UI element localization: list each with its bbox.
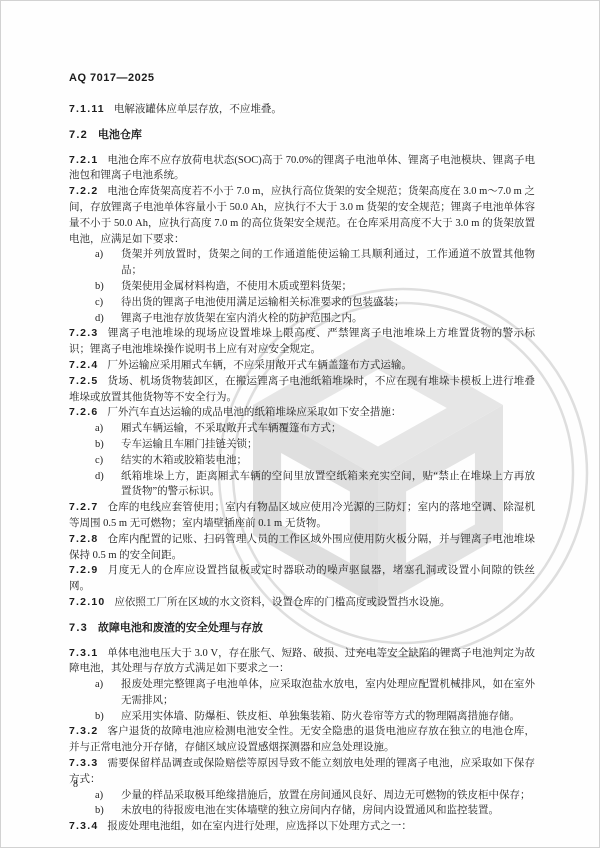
list-item-7.3.3-b: b)未放电的待报废电池在实体墙壁的独立房间内存储，房间内设置通风和监控装置。 (69, 803, 535, 819)
clause-number: 7.2.2 (69, 185, 107, 197)
list-item-7.2.2-d: d)锂离子电池存放货架在室内消火栓的防护范围之内。 (69, 311, 535, 327)
clause-7.2.5: 7.2.5货场、机场货物装卸区，在搬运锂离子电池纸箱堆垛时，不应在现有堆垛卡模板… (69, 374, 535, 406)
clause-7.3.1: 7.3.1单体电池电压大于 3.0 V，存在胀气、短路、破损、过充电等安全缺陷的… (69, 646, 535, 725)
clause-text: 仓库的电线应套管使用；室内有物品区域应使用冷光源的三防灯；室内的落地空调、除湿机… (69, 502, 535, 529)
list-item-text: 货架使用金属材料构造，不使用木质或塑料货架； (121, 279, 535, 295)
clause-text: 需要保留样品调查或保险赔偿等原因导致不能立刻放电处理的锂离子电池，应采取如下保存… (69, 758, 535, 785)
clause-number: 7.2.4 (69, 359, 107, 371)
list-item-7.2.6-a: a)厢式车辆运输，不采取敞开式车辆覆篷布方式； (69, 421, 535, 437)
list-item-label: a) (95, 788, 121, 804)
clause-paragraph: 7.3.2客户退货的故障电池应检测电池安全性。无安全隐患的退货电池应存放在独立的… (69, 724, 535, 756)
clause-text: 电池仓库不应存放荷电状态(SOC)高于 70.0%的锂离子电池单体、锂离子电池模… (69, 155, 535, 182)
clause-number: 7.2.3 (69, 327, 107, 339)
clause-text: 仓库内配置的记账、扫码管理人员的工作区域外围应使用防火板分隔，并与锂离子电池堆垛… (69, 534, 535, 561)
clause-7.1.11: 7.1.11电解液罐体应单层存放，不应堆叠。 (69, 102, 535, 118)
list-item-label: d) (95, 311, 121, 327)
list-item-7.2.6-b: b)专车运输且车厢门挂链关锁； (69, 437, 535, 453)
clause-text: 厂外运输应采用厢式车辆，不应采用敞开式车辆盖篷布方式运输。 (107, 360, 412, 371)
clause-7.3.3: 7.3.3需要保留样品调查或保险赔偿等原因导致不能立刻放电处理的锂离子电池，应采… (69, 756, 535, 819)
clause-paragraph: 7.2.1电池仓库不应存放荷电状态(SOC)高于 70.0%的锂离子电池单体、锂… (69, 153, 535, 185)
list-item-7.3.3-a: a)少量的样品采取极耳绝缘措施后，放置在房间通风良好、周边无可燃物的铁皮柜中保存… (69, 788, 535, 804)
clause-7.2.7: 7.2.7仓库的电线应套管使用；室内有物品区域应使用冷光源的三防灯；室内的落地空… (69, 500, 535, 532)
list-item-text: 少量的样品采取极耳绝缘措施后，放置在房间通风良好、周边无可燃物的铁皮柜中保存； (121, 788, 535, 804)
clause-7.2.4: 7.2.4厂外运输应采用厢式车辆，不应采用敞开式车辆盖篷布方式运输。 (69, 358, 535, 374)
list-item-text: 应采用实体墙、防爆柜、铁皮柜、单独集装箱、防火卷帘等方式的物理隔离措施存储。 (121, 709, 535, 725)
clause-paragraph: 7.2.7仓库的电线应套管使用；室内有物品区域应使用冷光源的三防灯；室内的落地空… (69, 500, 535, 532)
list-item-text: 纸箱堆垛上方，距离厢式车辆的空间里放置空纸箱来充实空间，贴“禁止在堆垛上方再放置… (121, 469, 535, 501)
clause-number: 7.2.8 (69, 533, 107, 545)
list-item-text: 锂离子电池存放货架在室内消火栓的防护范围之内。 (121, 311, 535, 327)
document-content: 7.1.11电解液罐体应单层存放，不应堆叠。7.2电池仓库7.2.1电池仓库不应… (69, 102, 535, 835)
list-item-label: a) (95, 247, 121, 279)
clause-paragraph: 7.3.3需要保留样品调查或保险赔偿等原因导致不能立刻放电处理的锂离子电池，应采… (69, 756, 535, 788)
clause-text: 月度无人的仓库应设置挡鼠板或定时器联动的噪声驱鼠器，堵塞孔洞或设置小间隙的铁丝网… (69, 565, 535, 592)
list-item-7.2.2-c: c)待出货的锂离子电池使用满足运输相关标准要求的包装盛装； (69, 295, 535, 311)
clause-paragraph: 7.2.2电池仓库货架高度若不小于 7.0 m，应执行高位货架的安全规范；货架高… (69, 184, 535, 247)
clause-7.2.2: 7.2.2电池仓库货架高度若不小于 7.0 m，应执行高位货架的安全规范；货架高… (69, 184, 535, 326)
clause-number: 7.3.2 (69, 725, 107, 737)
clause-number: 7.2.10 (69, 596, 114, 608)
clause-7.2.1: 7.2.1电池仓库不应存放荷电状态(SOC)高于 70.0%的锂离子电池单体、锂… (69, 153, 535, 185)
list-item-text: 未放电的待报废电池在实体墙壁的独立房间内存储，房间内设置通风和监控装置。 (121, 803, 535, 819)
heading-title: 故障电池和废渣的安全处理与存放 (98, 622, 263, 634)
clause-text: 电解液罐体应单层存放，不应堆叠。 (114, 104, 282, 115)
heading-number: 7.3 (69, 622, 98, 634)
clause-paragraph: 7.2.8仓库内配置的记账、扫码管理人员的工作区域外围应使用防火板分隔，并与锂离… (69, 532, 535, 564)
clause-number: 7.2.5 (69, 375, 107, 387)
clause-7.2.10: 7.2.10应依照工厂所在区域的水文资料，设置仓库的门槛高度或设置挡水设施。 (69, 595, 535, 611)
clause-paragraph: 7.2.3锂离子电池堆垛的现场应设置堆垛上限高度、严禁锂离子电池堆垛上方堆置货物… (69, 326, 535, 358)
clause-paragraph: 7.1.11电解液罐体应单层存放，不应堆叠。 (69, 102, 535, 118)
clause-7.2.6: 7.2.6厂外汽车直达运输的成品电池的纸箱堆垛应采取如下安全措施：a)厢式车辆运… (69, 405, 535, 500)
list-item-label: b) (95, 279, 121, 295)
list-item-7.2.6-d: d)纸箱堆垛上方，距离厢式车辆的空间里放置空纸箱来充实空间，贴“禁止在堆垛上方再… (69, 469, 535, 501)
standard-number: AQ 7017—2025 (69, 72, 155, 84)
clause-paragraph: 7.2.9月度无人的仓库应设置挡鼠板或定时器联动的噪声驱鼠器，堵塞孔洞或设置小间… (69, 563, 535, 595)
clause-number: 7.3.3 (69, 757, 107, 769)
clause-text: 厂外汽车直达运输的成品电池的纸箱堆垛应采取如下安全措施： (107, 407, 401, 418)
clause-7.3.2: 7.3.2客户退货的故障电池应检测电池安全性。无安全隐患的退货电池应存放在独立的… (69, 724, 535, 756)
list-item-label: b) (95, 709, 121, 725)
list-item-text: 厢式车辆运输，不采取敞开式车辆覆篷布方式； (121, 421, 535, 437)
clause-paragraph: 7.2.4厂外运输应采用厢式车辆，不应采用敞开式车辆盖篷布方式运输。 (69, 358, 535, 374)
list-item-text: 货架并列放置时，货架之间的工作通道能使运输工具顺利通过，工作通道不放置其他物品； (121, 247, 535, 279)
list-item-label: a) (95, 677, 121, 709)
list-item-text: 待出货的锂离子电池使用满足运输相关标准要求的包装盛装； (121, 295, 535, 311)
list-item-7.3.1-a: a)报废处理完整锂离子电池单体，应采取泡盐水放电，室内处理应配置机械排风，如在室… (69, 677, 535, 709)
list-item-text: 报废处理完整锂离子电池单体，应采取泡盐水放电，室内处理应配置机械排风，如在室外无… (121, 677, 535, 709)
heading-title: 电池仓库 (98, 129, 142, 141)
section-heading-7.2: 7.2电池仓库 (69, 128, 535, 144)
list-item-label: c) (95, 295, 121, 311)
list-item-label: c) (95, 453, 121, 469)
clause-paragraph: 7.3.1单体电池电压大于 3.0 V，存在胀气、短路、破损、过充电等安全缺陷的… (69, 646, 535, 678)
clause-paragraph: 7.2.5货场、机场货物装卸区，在搬运锂离子电池纸箱堆垛时，不应在现有堆垛卡模板… (69, 374, 535, 406)
clause-text: 货场、机场货物装卸区，在搬运锂离子电池纸箱堆垛时，不应在现有堆垛卡模板上进行堆叠… (69, 376, 535, 403)
clause-number: 7.2.6 (69, 406, 107, 418)
list-item-7.2.2-a: a)货架并列放置时，货架之间的工作通道能使运输工具顺利通过，工作通道不放置其他物… (69, 247, 535, 279)
clause-text: 应依照工厂所在区域的水文资料，设置仓库的门槛高度或设置挡水设施。 (114, 597, 450, 608)
document-page: AQ 7017—2025 7.1.11电解液罐体应单层存放，不应堆叠。7.2电池… (0, 0, 600, 848)
clause-paragraph: 7.3.4报废处理电池组，如在室内进行处理，应选择以下处理方式之一： (69, 819, 535, 835)
list-item-text: 专车运输且车厢门挂链关锁； (121, 437, 535, 453)
clause-text: 报废处理电池组，如在室内进行处理，应选择以下处理方式之一： (107, 821, 412, 832)
clause-7.3.4: 7.3.4报废处理电池组，如在室内进行处理，应选择以下处理方式之一： (69, 819, 535, 835)
list-item-label: a) (95, 421, 121, 437)
clause-number: 7.3.1 (69, 647, 107, 659)
clause-paragraph: 7.2.6厂外汽车直达运输的成品电池的纸箱堆垛应采取如下安全措施： (69, 405, 535, 421)
heading-number: 7.2 (69, 129, 98, 141)
clause-number: 7.2.7 (69, 501, 107, 513)
section-heading-7.3: 7.3故障电池和废渣的安全处理与存放 (69, 621, 535, 637)
list-item-label: b) (95, 437, 121, 453)
list-item-7.3.1-b: b)应采用实体墙、防爆柜、铁皮柜、单独集装箱、防火卷帘等方式的物理隔离措施存储。 (69, 709, 535, 725)
clause-number: 7.2.1 (69, 154, 107, 166)
list-item-text: 结实的木箱或胶箱装电池； (121, 453, 535, 469)
clause-7.2.8: 7.2.8仓库内配置的记账、扫码管理人员的工作区域外围应使用防火板分隔，并与锂离… (69, 532, 535, 564)
clause-7.2.9: 7.2.9月度无人的仓库应设置挡鼠板或定时器联动的噪声驱鼠器，堵塞孔洞或设置小间… (69, 563, 535, 595)
clause-text: 电池仓库货架高度若不小于 7.0 m，应执行高位货架的安全规范；货架高度在 3.… (69, 186, 535, 244)
page-number: 8 (73, 779, 78, 790)
clause-number: 7.1.11 (69, 103, 114, 115)
list-item-7.2.6-c: c)结实的木箱或胶箱装电池； (69, 453, 535, 469)
list-item-label: d) (95, 469, 121, 501)
clause-7.2.3: 7.2.3锂离子电池堆垛的现场应设置堆垛上限高度、严禁锂离子电池堆垛上方堆置货物… (69, 326, 535, 358)
clause-paragraph: 7.2.10应依照工厂所在区域的水文资料，设置仓库的门槛高度或设置挡水设施。 (69, 595, 535, 611)
list-item-7.2.2-b: b)货架使用金属材料构造，不使用木质或塑料货架； (69, 279, 535, 295)
list-item-label: b) (95, 803, 121, 819)
clause-number: 7.2.9 (69, 564, 107, 576)
clause-text: 客户退货的故障电池应检测电池安全性。无安全隐患的退货电池应存放在独立的电池仓库，… (69, 726, 535, 753)
clause-text: 锂离子电池堆垛的现场应设置堆垛上限高度、严禁锂离子电池堆垛上方堆置货物的警示标识… (69, 328, 535, 355)
clause-number: 7.3.4 (69, 820, 107, 832)
clause-text: 单体电池电压大于 3.0 V，存在胀气、短路、破损、过充电等安全缺陷的锂离子电池… (69, 648, 535, 675)
